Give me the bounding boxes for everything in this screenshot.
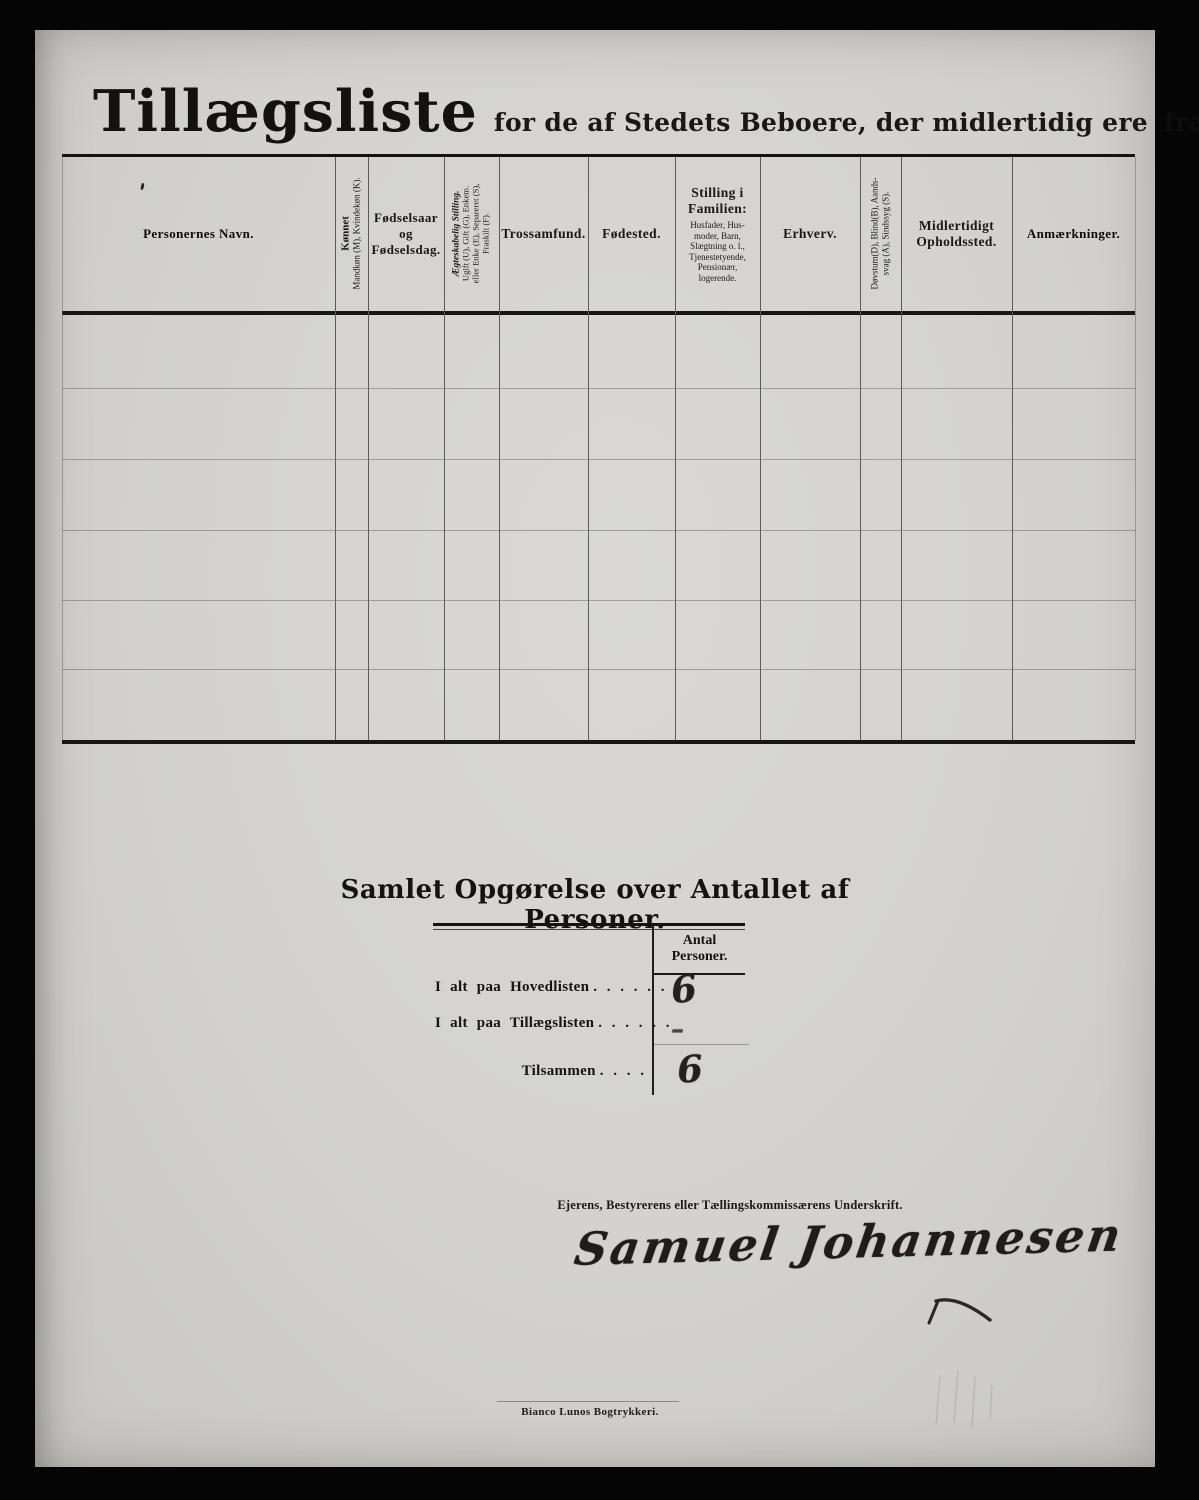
page-subtitle: for de af Stedets Beboere, der midlertid… xyxy=(494,108,1148,137)
summary-row-divider xyxy=(654,1044,749,1045)
page-title: Tillægsliste xyxy=(93,78,478,145)
column-header-personernes-navn: Personernes Navn. xyxy=(62,157,335,311)
summary-top-rule-thin xyxy=(433,929,745,930)
summary-row-tilsammen: Tilsammen. . . . xyxy=(435,1063,647,1080)
scan-black-frame: { "header": { "title": "Tillægsliste", "… xyxy=(0,0,1199,1500)
row-divider xyxy=(62,530,1135,531)
column-header-midlertidigt-opholdssted: Midlertidigt Opholdssted. xyxy=(901,157,1012,311)
summary-column-header: Antal Personer. xyxy=(654,933,745,965)
census-form-page: Tillægsliste for de af Stedets Beboere, … xyxy=(35,30,1155,1467)
column-header-koennet: Kønnet Mandkøn (M), Kvindekøn (K). xyxy=(335,159,368,309)
column-header-foedselsaar: Fødselsaar og Fødselsdag. xyxy=(368,157,444,311)
table-header-bottom-rule xyxy=(62,311,1135,315)
printer-imprint: Bianco Lunos Bogtrykkeri. xyxy=(465,1406,715,1418)
handwritten-signature: Samuel Johannesen xyxy=(571,1209,1099,1276)
column-header-foedested: Fødested. xyxy=(588,157,675,311)
summary-table: Antal Personer. I alt paa Hovedlisten. .… xyxy=(433,923,749,1099)
handwritten-count-tillaegslisten: – xyxy=(671,1015,684,1045)
column-header-doevstum: Døvstum(D), Blind(B), Aands- svag (A), S… xyxy=(860,159,901,309)
row-divider xyxy=(62,459,1135,460)
summary-top-rule xyxy=(433,923,745,926)
page-subtitle-emphasis: fraværende. xyxy=(1164,108,1199,137)
summary-row-hovedlisten: I alt paa Hovedlisten. . . . . . . xyxy=(435,979,647,996)
summary-header-underline xyxy=(652,973,745,975)
table-right-border xyxy=(1135,157,1136,740)
handwritten-count-hovedlisten: 6 xyxy=(669,966,699,1012)
faint-pencil-marks xyxy=(920,1365,1020,1445)
printer-divider-line xyxy=(497,1401,679,1402)
column-header-erhverv: Erhverv. xyxy=(760,157,860,311)
form-title-row: Tillægsliste for de af Stedets Beboere, … xyxy=(93,78,1138,145)
row-divider xyxy=(62,600,1135,601)
signature-flourish-mark xyxy=(920,1296,1004,1332)
row-divider xyxy=(62,669,1135,670)
column-header-trossamfund: Trossamfund. xyxy=(499,157,588,311)
summary-row-tillaegslisten: I alt paa Tillægslisten. . . . . . xyxy=(435,1015,647,1032)
column-header-aegteskabelig-stilling: Ægteskabelig Stilling. Ugift (U), Gift (… xyxy=(444,159,499,309)
table-bottom-rule xyxy=(62,740,1135,744)
column-header-stilling-i-familien: Stilling i Familien: Husfader, Hus- mode… xyxy=(675,157,760,311)
row-divider xyxy=(62,388,1135,389)
handwritten-count-tilsammen: 6 xyxy=(675,1046,704,1092)
column-header-anmaerkninger: Anmærkninger. xyxy=(1012,157,1135,311)
signature-label: Ejerens, Bestyrerens eller Tællingskommi… xyxy=(530,1198,930,1213)
